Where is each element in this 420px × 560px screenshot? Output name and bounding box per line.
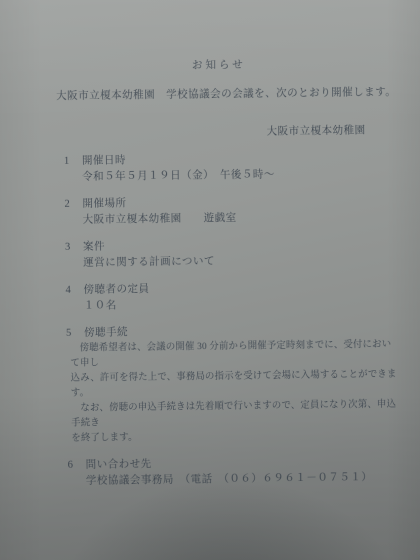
contact-phone-line: 学校協議会事務局 （電話 （０６）６９６１－０７５１） (86, 469, 420, 489)
procedure-text-line: なお、傍聴の申込手続きは先着順で行いますので、定員になり次第、申込手続き (71, 398, 397, 432)
photo-of-paper-notice: お知らせ 大阪市立榎本幼稚園 学校協議会の会議を、次のとおり開催します。 大阪市… (0, 0, 420, 560)
item-number: 1 (64, 154, 82, 170)
notice-item-contact: 6問い合わせ先 学校協議会事務局 （電話 （０６）６９６１－０７５１） (6, 453, 420, 490)
notice-item-agenda: 3案件 運営に関する計画について (3, 235, 420, 272)
item-heading: 傍聴手続 (84, 327, 128, 339)
notice-item-procedure: 5傍聴手続 傍聴希望者は、会議の開催 30 分前から開催予定時刻までに、受付にお… (4, 321, 420, 447)
notice-item-list: 1開催日時 令和５年５月１９日（金） 午後５時～ 2開催場所 大阪市立榎本幼稚園… (2, 149, 420, 490)
intro-sentence: 大阪市立榎本幼稚園 学校協議会の会議を、次のとおり開催します。 (56, 84, 420, 104)
notice-item-capacity: 4傍聴者の定員 １０名 (3, 278, 420, 315)
procedure-text-line: 傍聴希望者は、会議の開催 30 分前から開催予定時刻までに、受付において申し (70, 338, 396, 372)
item-number: 4 (65, 283, 83, 299)
sender-school-name: 大阪市立榎本幼稚園 (2, 123, 366, 143)
item-heading: 開催日時 (82, 155, 126, 167)
item-number: 6 (68, 458, 86, 474)
notice-document: お知らせ 大阪市立榎本幼稚園 学校協議会の会議を、次のとおり開催します。 大阪市… (0, 0, 420, 491)
item-heading: 傍聴者の定員 (83, 284, 149, 296)
procedure-text-line: 込み、許可を得た上で、事務局の指示を受けて会場に入場することができます。 (71, 368, 397, 402)
procedure-text-line: を終了します。 (71, 428, 397, 447)
item-heading: 案件 (83, 241, 105, 252)
item-value-line: 令和５年５月１９日（金） 午後５時～ (82, 165, 420, 185)
item-heading: 問い合わせ先 (86, 459, 152, 471)
notice-item-place: 2開催場所 大阪市立榎本幼稚園 遊戯室 (2, 192, 420, 229)
item-value-line: 運営に関する計画について (83, 251, 420, 271)
item-number: 2 (64, 197, 82, 213)
item-heading: 開催場所 (82, 198, 126, 210)
item-number: 5 (66, 326, 84, 342)
item-number: 3 (65, 240, 83, 256)
notice-item-datetime: 1開催日時 令和５年５月１９日（金） 午後５時～ (2, 149, 420, 186)
item-value-line: 大阪市立榎本幼稚園 遊戯室 (83, 208, 420, 228)
document-title: お知らせ (17, 55, 420, 76)
